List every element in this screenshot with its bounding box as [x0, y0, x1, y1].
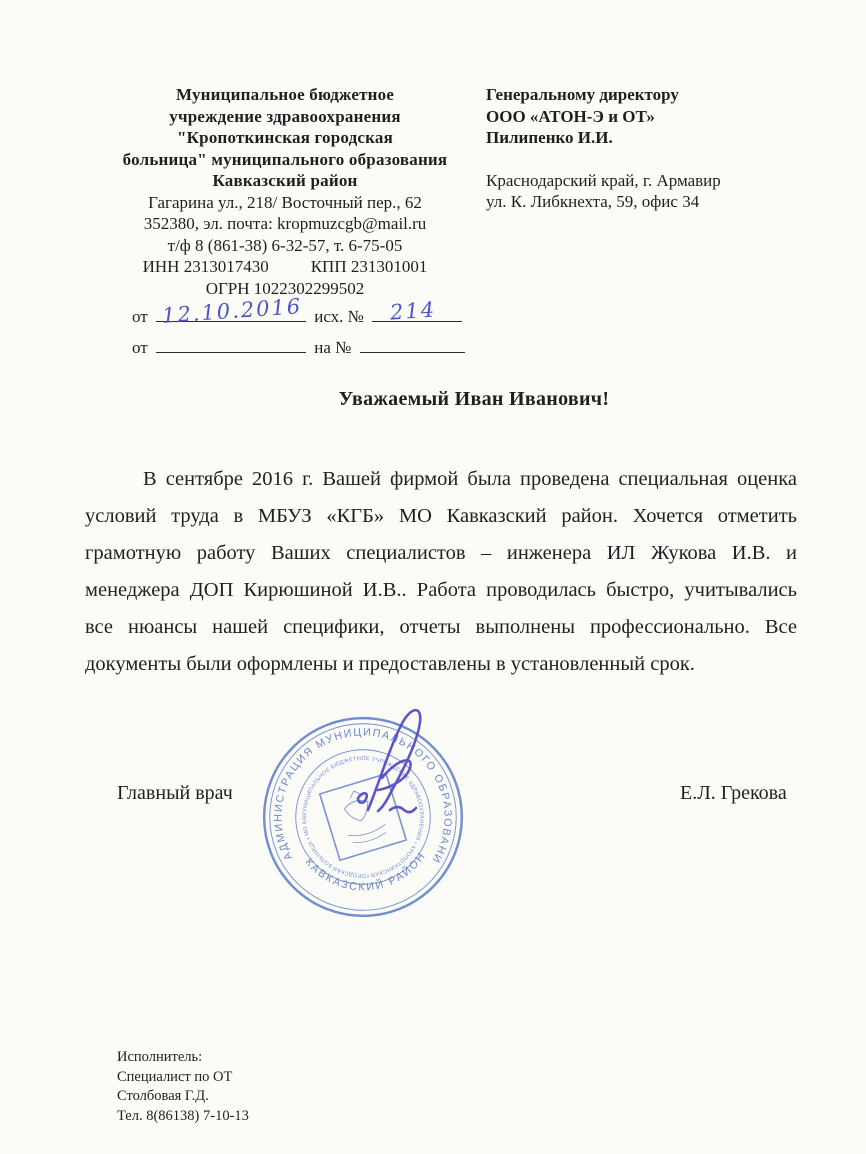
sender-postal-email: 352380, эл. почта: kropmuzcgb@mail.ru: [98, 213, 472, 235]
on-number-label: на №: [314, 338, 351, 357]
executor-label: Исполнитель:: [117, 1048, 249, 1068]
executor-phone: Тел. 8(86138) 7-10-13: [117, 1107, 249, 1127]
from-label: от: [132, 307, 148, 326]
recipient-position: Генеральному директору: [486, 84, 816, 106]
recipient-person: Пилипенко И.И.: [486, 127, 816, 149]
body-line: документы были оформлены и предоставлены…: [85, 646, 797, 683]
org-name-line: Кавказский район: [98, 170, 472, 192]
body-line: менеджера ДОП Кирюшиной И.В.. Работа про…: [85, 572, 797, 609]
spacer: [486, 149, 816, 170]
from-label: от: [132, 338, 148, 357]
executor-position: Специалист по ОТ: [117, 1068, 249, 1088]
executor-block: Исполнитель: Специалист по ОТ Столбовая …: [117, 1048, 249, 1126]
ref-line-incoming: от на №: [132, 335, 472, 361]
signer-name: Е.Л. Грекова: [680, 782, 787, 805]
org-name-line: "Кропоткинская городская: [98, 127, 472, 149]
org-name-line: учреждение здравоохранения: [98, 106, 472, 128]
body-line: грамотную работу Ваших специалистов – ин…: [85, 535, 797, 572]
recipient-block: Генеральному директору ООО «АТОН-Э и ОТ»…: [486, 84, 816, 213]
sender-inn: ИНН 2313017430: [143, 256, 269, 278]
on-number-blank-empty: [360, 336, 465, 353]
letter-page: { "sender": { "name_lines": [ "Муниципал…: [0, 0, 866, 1154]
signer-title: Главный врач: [117, 782, 233, 805]
outgoing-number-label: исх. №: [314, 307, 364, 326]
sender-kpp: КПП 231301001: [311, 256, 428, 278]
executor-name: Столбовая Г.Д.: [117, 1087, 249, 1107]
org-name-line: больница" муниципального образования: [98, 149, 472, 171]
ref-line-outgoing: от 12.10.2016 исх. № 214: [132, 304, 472, 330]
date-blank: 12.10.2016: [156, 305, 306, 322]
sender-block: Муниципальное бюджетное учреждение здрав…: [98, 84, 472, 361]
date-blank-empty: [156, 336, 306, 353]
recipient-street: ул. К. Либкнехта, 59, офис 34: [486, 191, 816, 213]
outgoing-number-blank: 214: [372, 305, 462, 322]
org-name-line: Муниципальное бюджетное: [98, 84, 472, 106]
sender-phone: т/ф 8 (861-38) 6-32-57, т. 6-75-05: [98, 235, 472, 257]
recipient-company: ООО «АТОН-Э и ОТ»: [486, 106, 816, 128]
recipient-region: Краснодарский край, г. Армавир: [486, 170, 816, 192]
sender-street: Гагарина ул., 218/ Восточный пер., 62: [98, 192, 472, 214]
body-line: условий труда в МБУЗ «КГБ» МО Кавказский…: [85, 498, 797, 535]
body-line: все нюансы нашей специфики, отчеты выпол…: [85, 609, 797, 646]
letter-body: В сентябре 2016 г. Вашей фирмой была про…: [85, 461, 797, 683]
salutation: Уважаемый Иван Иванович!: [41, 388, 866, 411]
signature-scribble: [338, 698, 468, 828]
handwritten-number: 214: [389, 296, 437, 325]
sender-inn-kpp: ИНН 2313017430 КПП 231301001: [98, 256, 472, 278]
body-line: В сентябре 2016 г. Вашей фирмой была про…: [85, 461, 797, 498]
